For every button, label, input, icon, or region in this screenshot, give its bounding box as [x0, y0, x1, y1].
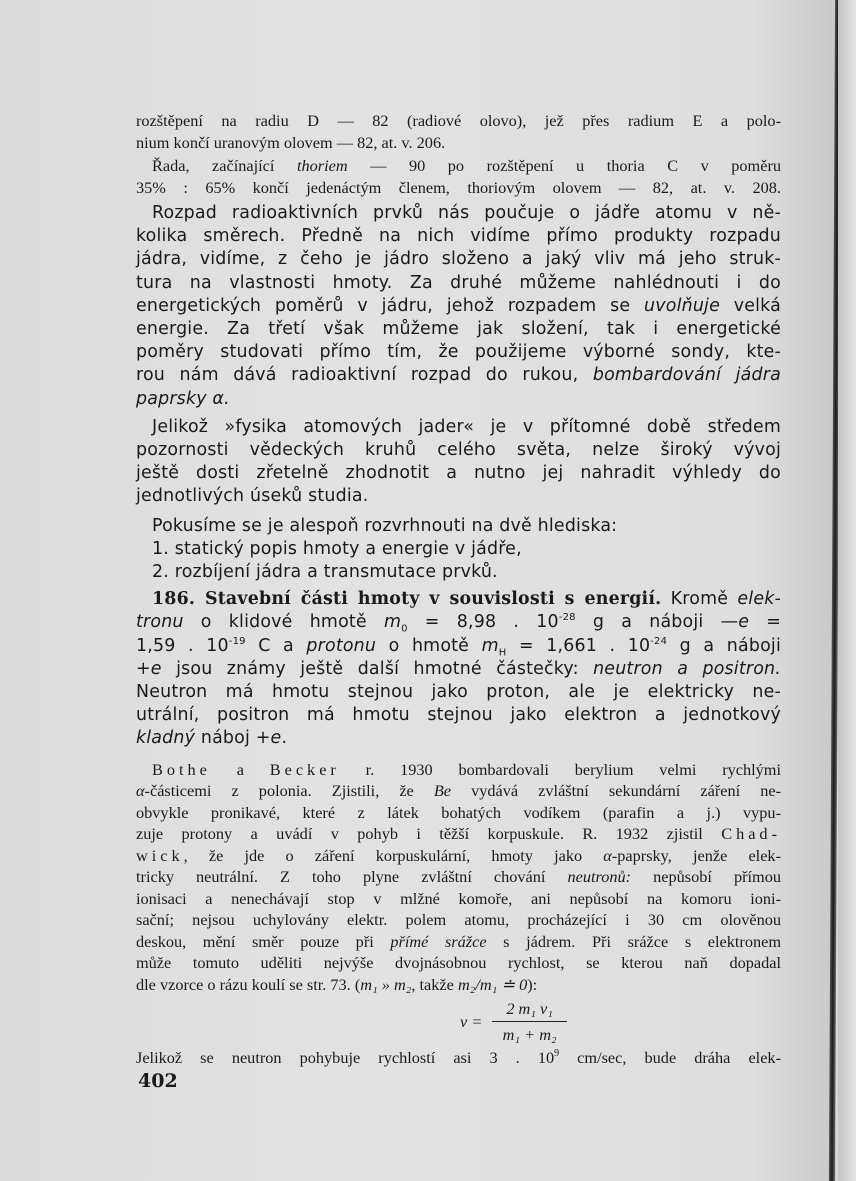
velocity-formula: v = 2 m₁ v₁ m₁ + m₂: [246, 999, 781, 1045]
rozpad-paragraph: Rozpad radioaktivních prvků nás poučuje …: [136, 202, 781, 411]
text-line: Jelikož »fysika atomových jader« je v př…: [136, 416, 781, 439]
italic-term: bombardování jádra: [593, 365, 781, 385]
text-line: obvykle pronikavé, které z látek bohatýc…: [136, 802, 781, 824]
italic-term: thoriem: [297, 156, 348, 175]
italic-term: paprsky α.: [136, 389, 230, 409]
list-item: 2. rozbíjení jádra a transmutace prvků.: [136, 561, 781, 584]
text-line: zuje protony a uvádí v pohyb i těžší kor…: [136, 823, 781, 845]
text-line: ještě dosti zřetelně zhodnotit a nutno j…: [136, 462, 781, 485]
text-line: kladný náboj +e.: [136, 727, 781, 750]
text-line: Rozpad radioaktivních prvků nás poučuje …: [136, 202, 781, 225]
text-line: jádra, vidíme, z čeho je jádro složeno a…: [136, 248, 781, 271]
text-line: α-částicemi z polonia. Zjistili, že Be v…: [136, 780, 781, 802]
text-line: 186. Stavební části hmoty v souvislosti …: [136, 588, 781, 611]
text-line: sační; nejsou uchylovány elektr. polem a…: [136, 909, 781, 931]
author-name: Becker: [270, 760, 340, 779]
text-line: wick, že jde o záření korpuskulární, hmo…: [136, 845, 781, 867]
author-name: wick: [136, 846, 184, 865]
text-line: paprsky α.: [136, 388, 781, 411]
text-line: energetických poměrů v jádru, jehož rozp…: [136, 295, 781, 318]
text-line: +e jsou známy ještě další hmotné částečk…: [136, 658, 781, 681]
text-line: utrální, positron má hmotu stejnou jako …: [136, 704, 781, 727]
text-line: Jelikož se neutron pohybuje rychlostí as…: [136, 1047, 781, 1069]
thorium-paragraph: Řada, začínající thoriem — 90 po rozštěp…: [136, 155, 781, 198]
text-line: tricky neutrální. Z toho plyne zvláštní …: [136, 866, 781, 888]
text-line: pozornosti vědeckých kruhů celého světa,…: [136, 439, 781, 462]
text-line: rou nám dává radioaktivní rozpad do ruko…: [136, 364, 781, 387]
fraction: 2 m₁ v₁ m₁ + m₂: [492, 999, 567, 1045]
text-line: tura na vlastnosti hmoty. Za druhé můžem…: [136, 272, 781, 295]
text-line: energie. Za třetí však můžeme jak složen…: [136, 318, 781, 341]
text-line: nium končí uranovým olovem — 82, at. v. …: [136, 132, 781, 154]
formula-lhs: v =: [460, 1012, 482, 1032]
text-line: 35% : 65% končí jedenáctým členem, thori…: [136, 177, 781, 199]
bothe-paragraph: Bothe a Becker r. 1930 bombardovali bery…: [136, 759, 781, 996]
text-line: deskou, mění směr pouze při přímé srážce…: [136, 931, 781, 953]
section-186: 186. Stavební části hmoty v souvislosti …: [136, 588, 781, 750]
author-name: Chad-: [721, 824, 781, 843]
last-line: Jelikož se neutron pohybuje rychlostí as…: [136, 1047, 781, 1069]
section-heading: 186. Stavební části hmoty v souvislosti …: [152, 589, 661, 609]
page-body: rozštěpení na radiu D — 82 (radiové olov…: [136, 110, 781, 1069]
page-number: 402: [138, 1070, 178, 1092]
italic-term: uvolňuje: [644, 296, 720, 316]
fraction-numerator: 2 m₁ v₁: [492, 999, 567, 1022]
text-line: kolika směrech. Předně na nich vidíme př…: [136, 225, 781, 248]
text-line: ionisaci a nenechávají stop v mlžné komo…: [136, 888, 781, 910]
pokusime-paragraph: Pokusíme se je alespoň rozvrhnouti na dv…: [136, 515, 781, 585]
author-name: Bothe: [152, 760, 211, 779]
text-line: tronu o klidové hmotě m0 = 8,98 . 10-28 …: [136, 611, 781, 634]
text-line: Neutron má hmotu stejnou jako proton, al…: [136, 681, 781, 704]
text-line: Pokusíme se je alespoň rozvrhnouti na dv…: [136, 515, 781, 538]
text-line: rozštěpení na radiu D — 82 (radiové olov…: [136, 110, 781, 132]
text-line: 1,59 . 10-19 C a protonu o hmotě mH = 1,…: [136, 635, 781, 658]
jelikoz-paragraph: Jelikož »fysika atomových jader« je v př…: [136, 416, 781, 509]
text-line: jednotlivých úseků studia.: [136, 485, 781, 508]
text-line: dle vzorce o rázu koulí se str. 73. (m₁ …: [136, 974, 781, 996]
intro-paragraph: rozštěpení na radiu D — 82 (radiové olov…: [136, 110, 781, 153]
list-item: 1. statický popis hmoty a energie v jádř…: [136, 538, 781, 561]
text-line: Řada, začínající thoriem — 90 po rozštěp…: [136, 155, 781, 177]
next-page-edge: [838, 0, 856, 1181]
text-line: Bothe a Becker r. 1930 bombardovali bery…: [136, 759, 781, 781]
text-line: poměry studovati přímo tím, že použijeme…: [136, 341, 781, 364]
text-line: může tomuto uděliti nejvýše dvojnásobnou…: [136, 952, 781, 974]
fraction-denominator: m₁ + m₂: [493, 1022, 567, 1045]
